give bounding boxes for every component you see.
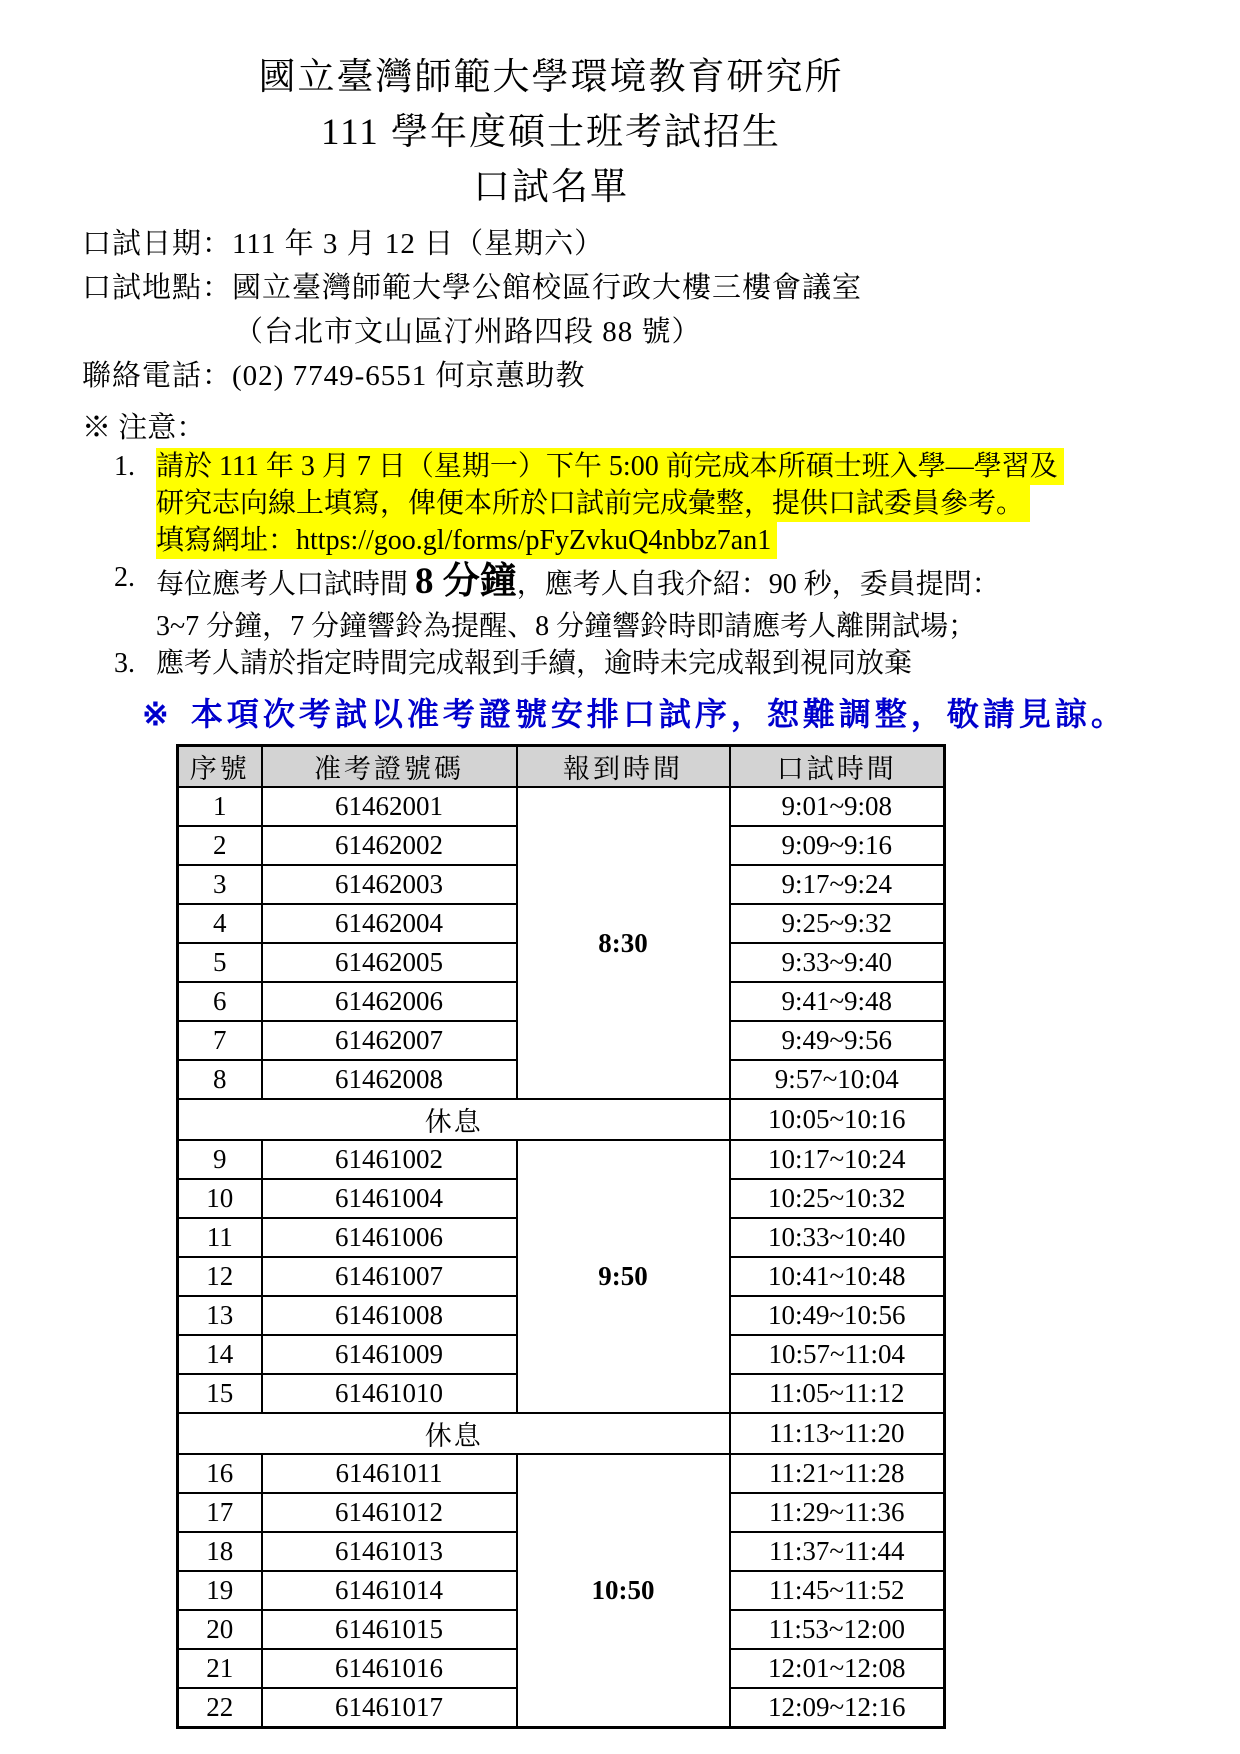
ticket-number-cell: 61462005 <box>262 943 517 982</box>
schedule-table-body: 1614620018:309:01~9:082614620029:09~9:16… <box>178 787 945 1728</box>
note-2-marker: 2. <box>114 559 156 645</box>
seq-cell: 7 <box>178 1021 262 1060</box>
table-row: 1614620018:309:01~9:08 <box>178 787 945 826</box>
note-item-1: 1. 請於 111 年 3 月 7 日（星期一）下午 5:00 前完成本所碩士班… <box>114 448 1162 559</box>
note-2-line-2: 3~7 分鐘，7 分鐘響鈴為提醒、8 分鐘響鈴時即請應考人離開試場； <box>156 608 1162 645</box>
seq-cell: 16 <box>178 1454 262 1493</box>
note-3-body: 應考人請於指定時間完成報到手續，逾時未完成報到視同放棄 <box>156 645 1162 682</box>
col-header-ticket: 准考證號碼 <box>262 746 517 788</box>
col-header-seq: 序號 <box>178 746 262 788</box>
break-time-cell: 11:13~11:20 <box>730 1413 945 1454</box>
seq-cell: 12 <box>178 1257 262 1296</box>
ticket-number-cell: 61461016 <box>262 1649 517 1688</box>
doc-title-list: 口試名單 <box>0 160 1102 215</box>
exam-address-line: （台北市文山區汀州路四段 88 號） <box>82 310 1162 354</box>
ticket-number-cell: 61461015 <box>262 1610 517 1649</box>
notice-text: 本項次考試以准考證號安排口試序，恕難調整，敬請見諒。 <box>191 696 1127 732</box>
seq-cell: 1 <box>178 787 262 826</box>
interview-time-cell: 11:45~11:52 <box>730 1571 945 1610</box>
interview-time-cell: 9:57~10:04 <box>730 1060 945 1099</box>
interview-time-cell: 9:41~9:48 <box>730 982 945 1021</box>
checkin-time-cell: 10:50 <box>517 1454 730 1728</box>
ticket-number-cell: 61461002 <box>262 1140 517 1179</box>
ticket-number-cell: 61461008 <box>262 1296 517 1335</box>
note-1-body: 請於 111 年 3 月 7 日（星期一）下午 5:00 前完成本所碩士班入學—… <box>156 448 1162 559</box>
ticket-number-cell: 61461017 <box>262 1688 517 1728</box>
table-header-row: 序號 准考證號碼 報到時間 口試時間 <box>178 746 945 788</box>
interview-time-cell: 11:53~12:00 <box>730 1610 945 1649</box>
seq-cell: 18 <box>178 1532 262 1571</box>
seq-cell: 21 <box>178 1649 262 1688</box>
document-page: 國立臺灣師範大學環境教育研究所 111 學年度碩士班考試招生 口試名單 口試日期… <box>0 0 1240 1754</box>
exam-info-block: 口試日期：111 年 3 月 12 日（星期六） 口試地點：國立臺灣師範大學公館… <box>82 222 1162 398</box>
ticket-number-cell: 61461009 <box>262 1335 517 1374</box>
note-2-suffix: ，應考人自我介紹：90 秒，委員提問： <box>517 569 1000 600</box>
ticket-number-cell: 61461012 <box>262 1493 517 1532</box>
seq-cell: 17 <box>178 1493 262 1532</box>
form-url-label: 填寫網址： <box>156 525 296 556</box>
document-body: 口試日期：111 年 3 月 12 日（星期六） 口試地點：國立臺灣師範大學公館… <box>0 222 1240 1729</box>
important-notice: ※本項次考試以准考證號安排口試序，恕難調整，敬請見諒。 <box>142 694 1162 734</box>
ticket-number-cell: 61462006 <box>262 982 517 1021</box>
schedule-table: 序號 准考證號碼 報到時間 口試時間 1614620018:309:01~9:0… <box>176 744 946 1729</box>
interview-time-cell: 9:25~9:32 <box>730 904 945 943</box>
break-row: 休息11:13~11:20 <box>178 1413 945 1454</box>
note-2-duration-emphasis: 8 分鐘 <box>415 561 517 602</box>
interview-time-cell: 11:29~11:36 <box>730 1493 945 1532</box>
seq-cell: 5 <box>178 943 262 982</box>
seq-cell: 13 <box>178 1296 262 1335</box>
interview-time-cell: 11:37~11:44 <box>730 1532 945 1571</box>
ticket-number-cell: 61462003 <box>262 865 517 904</box>
seq-cell: 11 <box>178 1218 262 1257</box>
form-url: https://goo.gl/forms/pFyZvkuQ4nbbz7an1 <box>296 525 771 556</box>
ticket-number-cell: 61462002 <box>262 826 517 865</box>
notes-header: ※ 注意： <box>82 408 1162 448</box>
interview-time-cell: 11:21~11:28 <box>730 1454 945 1493</box>
checkin-time-cell: 8:30 <box>517 787 730 1099</box>
note-item-2: 2. 每位應考人口試時間 8 分鐘，應考人自我介紹：90 秒，委員提問： 3~7… <box>114 559 1162 645</box>
note-1-marker: 1. <box>114 448 156 559</box>
interview-time-cell: 10:49~10:56 <box>730 1296 945 1335</box>
seq-cell: 8 <box>178 1060 262 1099</box>
interview-time-cell: 10:25~10:32 <box>730 1179 945 1218</box>
table-row: 166146101110:5011:21~11:28 <box>178 1454 945 1493</box>
interview-time-cell: 10:41~10:48 <box>730 1257 945 1296</box>
seq-cell: 20 <box>178 1610 262 1649</box>
interview-time-cell: 10:33~10:40 <box>730 1218 945 1257</box>
document-header: 國立臺灣師範大學環境教育研究所 111 學年度碩士班考試招生 口試名單 <box>0 0 1240 215</box>
note-item-3: 3. 應考人請於指定時間完成報到手續，逾時未完成報到視同放棄 <box>114 645 1162 682</box>
seq-cell: 6 <box>178 982 262 1021</box>
ticket-number-cell: 61462008 <box>262 1060 517 1099</box>
interview-time-cell: 9:33~9:40 <box>730 943 945 982</box>
ticket-number-cell: 61461013 <box>262 1532 517 1571</box>
seq-cell: 9 <box>178 1140 262 1179</box>
note-2-prefix: 每位應考人口試時間 <box>156 569 415 600</box>
seq-cell: 15 <box>178 1374 262 1413</box>
checkin-time-cell: 9:50 <box>517 1140 730 1413</box>
note-2-line-1: 每位應考人口試時間 8 分鐘，應考人自我介紹：90 秒，委員提問： <box>156 559 1162 608</box>
seq-cell: 19 <box>178 1571 262 1610</box>
note-2-body: 每位應考人口試時間 8 分鐘，應考人自我介紹：90 秒，委員提問： 3~7 分鐘… <box>156 559 1162 645</box>
doc-title-admission: 111 學年度碩士班考試招生 <box>0 105 1102 160</box>
break-time-cell: 10:05~10:16 <box>730 1099 945 1140</box>
doc-title-institute: 國立臺灣師範大學環境教育研究所 <box>0 50 1102 105</box>
ticket-number-cell: 61462007 <box>262 1021 517 1060</box>
contact-phone-line: 聯絡電話：(02) 7749-6551 何京蕙助教 <box>82 354 1162 398</box>
seq-cell: 10 <box>178 1179 262 1218</box>
ticket-number-cell: 61462001 <box>262 787 517 826</box>
interview-time-cell: 9:01~9:08 <box>730 787 945 826</box>
seq-cell: 4 <box>178 904 262 943</box>
ticket-number-cell: 61461004 <box>262 1179 517 1218</box>
col-header-checkin: 報到時間 <box>517 746 730 788</box>
break-label-cell: 休息 <box>178 1099 730 1140</box>
ticket-number-cell: 61461007 <box>262 1257 517 1296</box>
interview-time-cell: 9:49~9:56 <box>730 1021 945 1060</box>
seq-cell: 3 <box>178 865 262 904</box>
exam-date-line: 口試日期：111 年 3 月 12 日（星期六） <box>82 222 1162 266</box>
seq-cell: 2 <box>178 826 262 865</box>
interview-time-cell: 9:09~9:16 <box>730 826 945 865</box>
col-header-interview: 口試時間 <box>730 746 945 788</box>
seq-cell: 22 <box>178 1688 262 1728</box>
interview-time-cell: 12:01~12:08 <box>730 1649 945 1688</box>
note-1-line-3: 填寫網址：https://goo.gl/forms/pFyZvkuQ4nbbz7… <box>156 522 777 559</box>
ticket-number-cell: 61461011 <box>262 1454 517 1493</box>
ticket-number-cell: 61461006 <box>262 1218 517 1257</box>
interview-time-cell: 11:05~11:12 <box>730 1374 945 1413</box>
note-1-line-1: 請於 111 年 3 月 7 日（星期一）下午 5:00 前完成本所碩士班入學—… <box>156 448 1064 485</box>
ticket-number-cell: 61461010 <box>262 1374 517 1413</box>
ticket-number-cell: 61462004 <box>262 904 517 943</box>
note-1-line-2: 研究志向線上填寫，俾便本所於口試前完成彙整，提供口試委員參考。 <box>156 485 1030 522</box>
interview-time-cell: 10:57~11:04 <box>730 1335 945 1374</box>
interview-time-cell: 10:17~10:24 <box>730 1140 945 1179</box>
table-row: 9614610029:5010:17~10:24 <box>178 1140 945 1179</box>
interview-time-cell: 12:09~12:16 <box>730 1688 945 1728</box>
notice-marker: ※ <box>142 696 173 732</box>
note-3-marker: 3. <box>114 645 156 682</box>
exam-location-line: 口試地點：國立臺灣師範大學公館校區行政大樓三樓會議室 <box>82 266 1162 310</box>
interview-time-cell: 9:17~9:24 <box>730 865 945 904</box>
ticket-number-cell: 61461014 <box>262 1571 517 1610</box>
seq-cell: 14 <box>178 1335 262 1374</box>
break-row: 休息10:05~10:16 <box>178 1099 945 1140</box>
break-label-cell: 休息 <box>178 1413 730 1454</box>
